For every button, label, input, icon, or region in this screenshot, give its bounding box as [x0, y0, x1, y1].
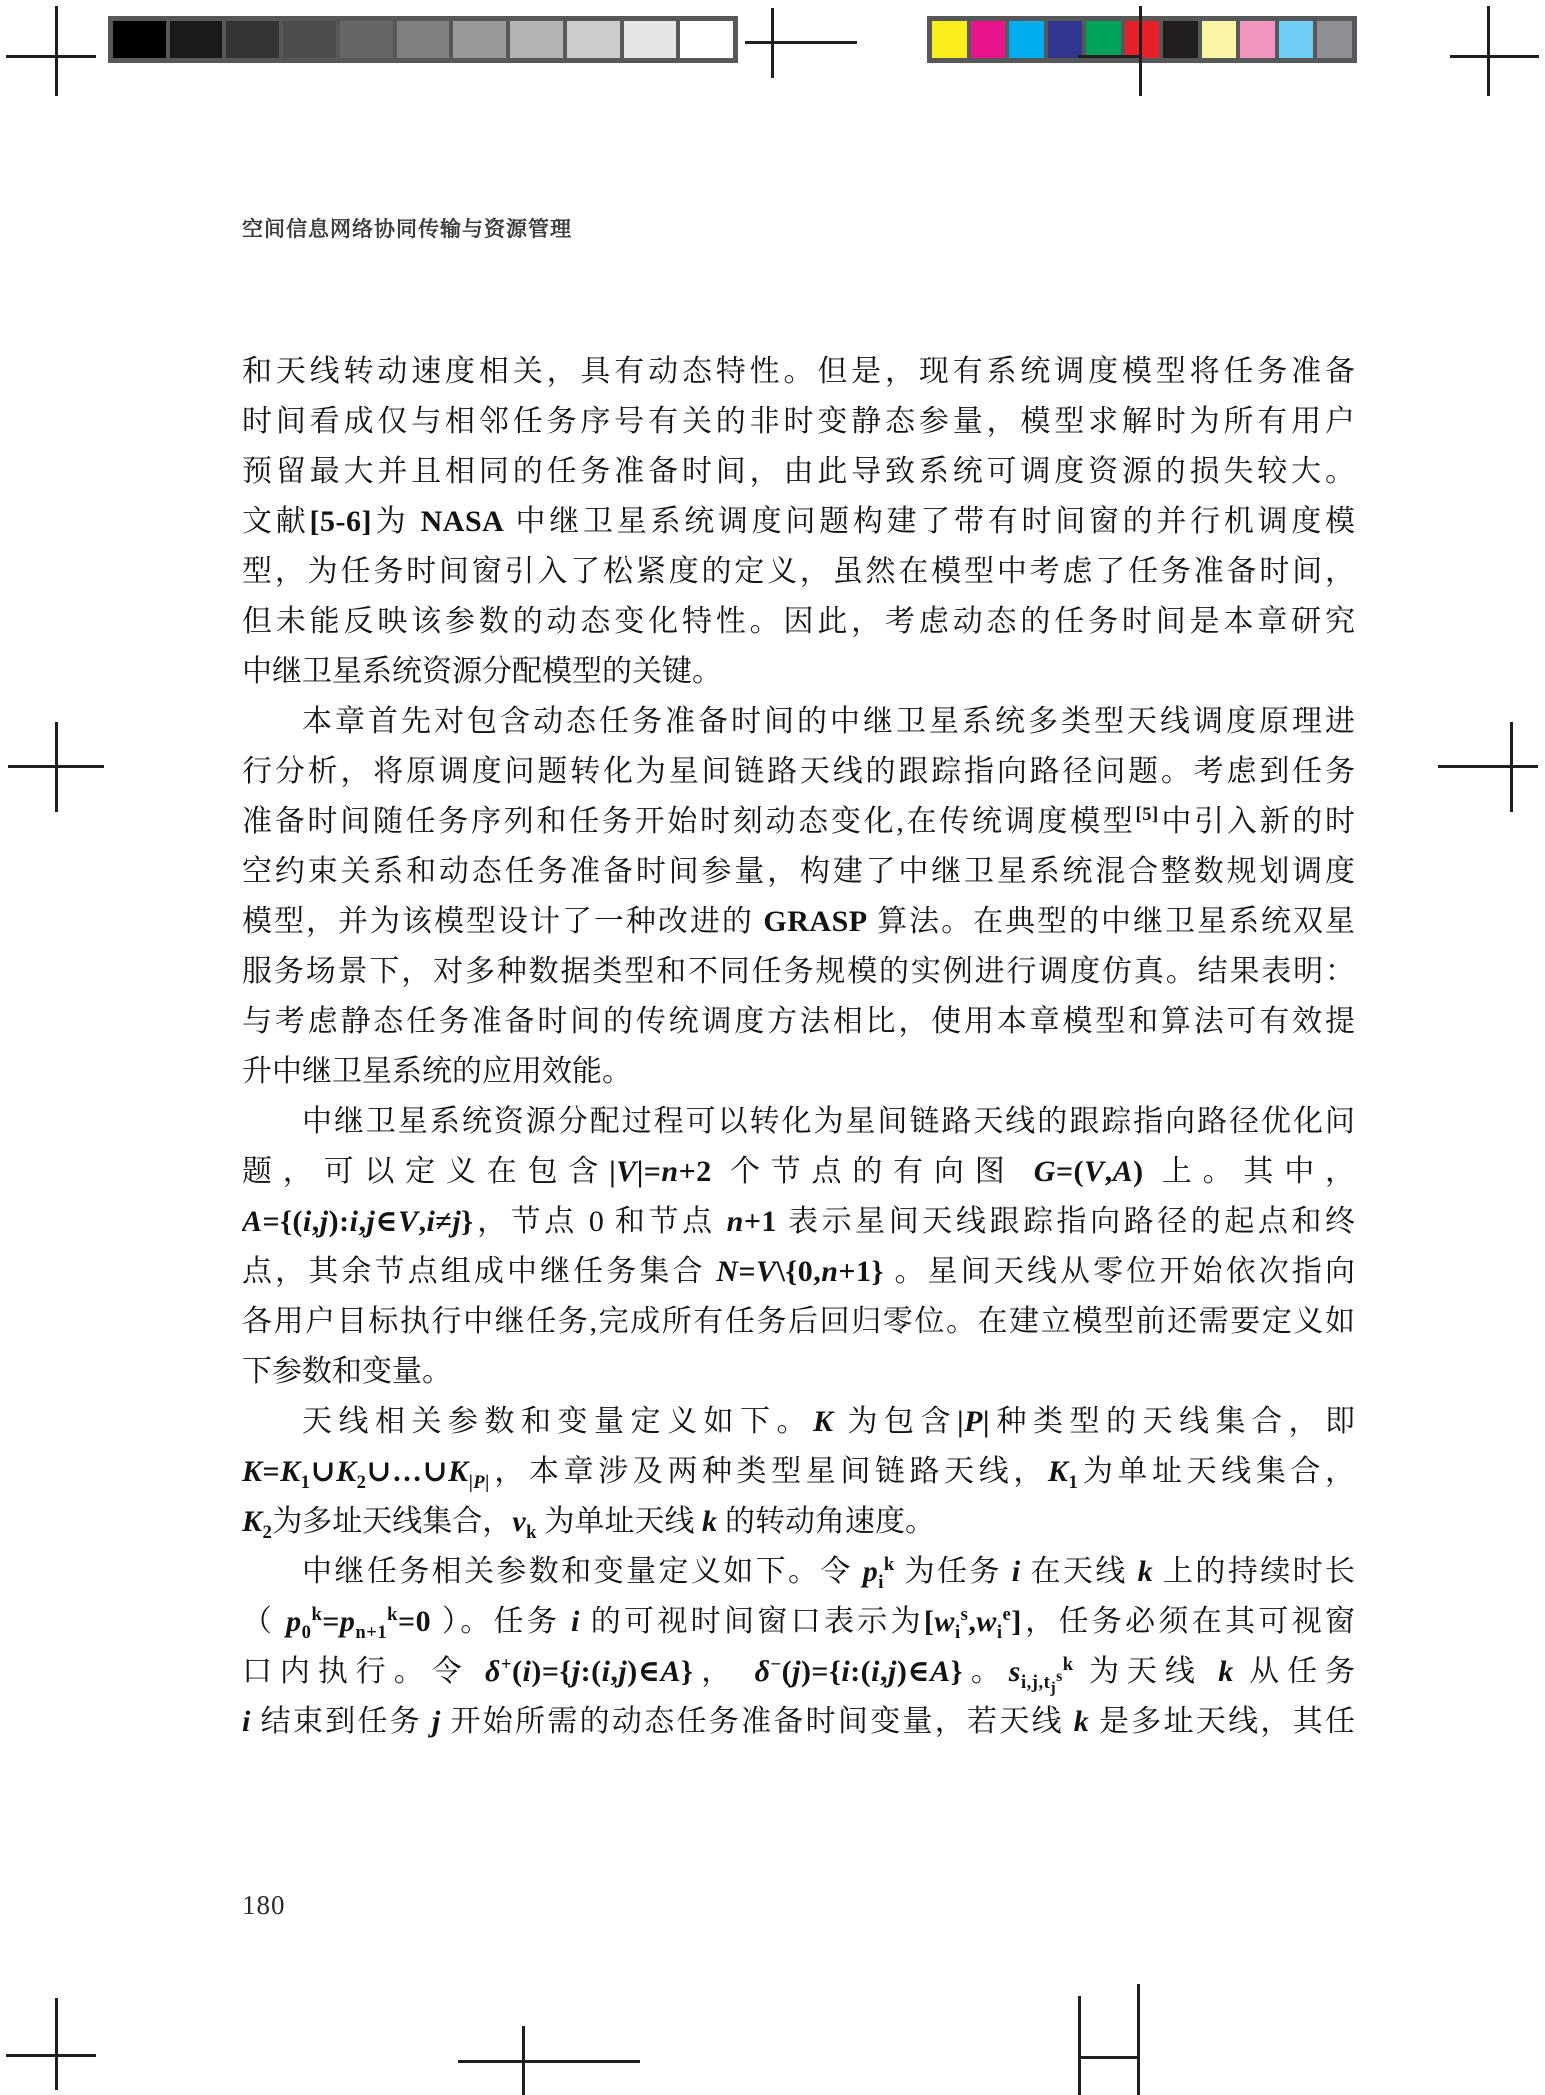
- calibration-swatch: [453, 21, 506, 58]
- calibration-swatch: [1240, 21, 1275, 58]
- crop-mark-bottom-right-v2: [1137, 1984, 1140, 2095]
- text-line: 与考虑静态任务准备时间的传统调度方法相比，使用本章模型和算法可有效提: [242, 997, 1355, 1047]
- calibration-swatch: [226, 21, 279, 58]
- text-line: 型，为任务时间窗引入了松紧度的定义，虽然在模型中考虑了任务准备时间，: [242, 547, 1355, 597]
- calibration-swatch: [113, 21, 166, 58]
- page-number: 180: [242, 1890, 286, 1921]
- crop-mark-bottom-right-h: [1078, 2056, 1140, 2059]
- text-line: （ p0k=pn+1k=0 ）。任务 i 的可视时间窗口表示为[wis,wie]…: [242, 1597, 1355, 1647]
- calibration-swatch: [510, 21, 563, 58]
- crop-mark-bottom-left-h: [6, 2054, 96, 2057]
- grayscale-calibration-bar: [108, 16, 738, 63]
- running-head-title: 空间信息网络协同传输与资源管理: [242, 213, 572, 243]
- calibration-swatch: [1163, 21, 1198, 58]
- crop-mark-top-left-h: [6, 55, 96, 58]
- crop-mark-top-center-h: [745, 41, 857, 44]
- crop-mark-top-right-inner-v: [1139, 6, 1142, 96]
- text-line: 中继任务相关参数和变量定义如下。令 pik 为任务 i 在天线 k 上的持续时长: [242, 1547, 1355, 1597]
- calibration-swatch: [624, 21, 677, 58]
- text-line: 中继卫星系统资源分配过程可以转化为星间链路天线的跟踪指向路径优化问: [242, 1097, 1355, 1147]
- text-line: 预留最大并且相同的任务准备时间，由此导致系统可调度资源的损失较大。: [242, 447, 1355, 497]
- book-page: 空间信息网络协同传输与资源管理 和天线转动速度相关，具有动态特性。但是，现有系统…: [0, 0, 1545, 2095]
- body-text: 和天线转动速度相关，具有动态特性。但是，现有系统调度模型将任务准备时间看成仅与相…: [242, 347, 1355, 1747]
- text-line: 口内执行。令 δ+(i)={j:(i,j)∈A}， δ−(j)={i:(i,j)…: [242, 1647, 1355, 1697]
- crop-mark-bottom-center-h: [458, 2060, 640, 2063]
- text-line: 准备时间随任务序列和任务开始时刻动态变化,在传统调度模型[5]中引入新的时: [242, 797, 1355, 847]
- text-line: 但未能反映该参数的动态变化特性。因此，考虑动态的任务时间是本章研究: [242, 597, 1355, 647]
- text-line: 升中继卫星系统的应用效能。: [242, 1047, 1355, 1097]
- text-line: K=K1∪K2∪…∪K|P|，本章涉及两种类型星间链路天线，K1为单址天线集合，: [242, 1447, 1355, 1497]
- text-line: 模型，并为该模型设计了一种改进的 GRASP 算法。在典型的中继卫星系统双星: [242, 897, 1355, 947]
- text-line: 本章首先对包含动态任务准备时间的中继卫星系统多类型天线调度原理进: [242, 697, 1355, 747]
- crop-mark-middle-right-h: [1438, 765, 1538, 768]
- calibration-swatch: [1317, 21, 1352, 58]
- text-line: A={(i,j):i,j∈V,i≠j}，节点 0 和节点 n+1 表示星间天线跟…: [242, 1197, 1355, 1247]
- text-line: K2为多址天线集合，vk 为单址天线 k 的转动角速度。: [242, 1497, 1355, 1547]
- text-line: 空约束关系和动态任务准备时间参量，构建了中继卫星系统混合整数规划调度: [242, 847, 1355, 897]
- crop-mark-middle-left-h: [8, 765, 104, 768]
- calibration-swatch: [1086, 21, 1121, 58]
- calibration-swatch: [340, 21, 393, 58]
- calibration-swatch: [932, 21, 967, 58]
- crop-mark-top-center-v: [771, 8, 774, 78]
- color-calibration-bar: [927, 16, 1357, 63]
- text-line: i 结束到任务 j 开始所需的动态任务准备时间变量，若天线 k 是多址天线，其任: [242, 1697, 1355, 1747]
- text-line: 各用户目标执行中继任务,完成所有任务后回归零位。在建立模型前还需要定义如: [242, 1297, 1355, 1347]
- crop-mark-top-left-v: [55, 6, 58, 96]
- crop-mark-bottom-left-v: [55, 1998, 58, 2090]
- crop-mark-bottom-right-v1: [1078, 1996, 1081, 2095]
- text-line: 行分析，将原调度问题转化为星间链路天线的跟踪指向路径问题。考虑到任务: [242, 747, 1355, 797]
- calibration-swatch: [1279, 21, 1314, 58]
- calibration-swatch: [567, 21, 620, 58]
- calibration-swatch: [1009, 21, 1044, 58]
- text-line: 文献[5-6]为 NASA 中继卫星系统调度问题构建了带有时间窗的并行机调度模: [242, 497, 1355, 547]
- crop-mark-bottom-center-v: [522, 2026, 525, 2095]
- text-line: 题，可以定义在包含|V|=n+2 个节点的有向图 G=(V,A) 上。其中，: [242, 1147, 1355, 1197]
- crop-mark-top-right-outer-h: [1450, 55, 1539, 58]
- calibration-swatch: [971, 21, 1006, 58]
- calibration-swatch: [1048, 21, 1083, 58]
- text-line: 下参数和变量。: [242, 1347, 1355, 1397]
- calibration-swatch: [283, 21, 336, 58]
- text-line: 时间看成仅与相邻任务序号有关的非时变静态参量，模型求解时为所有用户: [242, 397, 1355, 447]
- crop-mark-top-right-outer-v: [1487, 6, 1490, 96]
- calibration-swatch: [680, 21, 733, 58]
- calibration-swatch: [1202, 21, 1237, 58]
- calibration-swatch: [397, 21, 450, 58]
- calibration-swatch: [1125, 21, 1160, 58]
- text-line: 和天线转动速度相关，具有动态特性。但是，现有系统调度模型将任务准备: [242, 347, 1355, 397]
- calibration-swatch: [170, 21, 223, 58]
- text-line: 服务场景下，对多种数据类型和不同任务规模的实例进行调度仿真。结果表明：: [242, 947, 1355, 997]
- text-line: 中继卫星系统资源分配模型的关键。: [242, 647, 1355, 697]
- text-line: 天线相关参数和变量定义如下。K 为包含|P|种类型的天线集合，即: [242, 1397, 1355, 1447]
- crop-mark-top-right-inner-h: [1078, 55, 1142, 58]
- text-line: 点，其余节点组成中继任务集合 N=V\{0,n+1} 。星间天线从零位开始依次指…: [242, 1247, 1355, 1297]
